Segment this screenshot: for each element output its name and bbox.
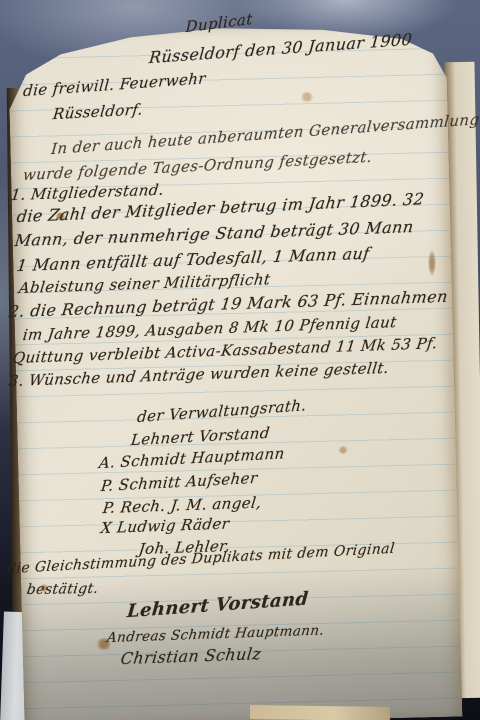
closing-line-2: bestätigt. [26,581,100,598]
book-cover-edge [250,705,390,720]
photo-of-manuscript: Duplicat Rüsseldorf den 30 Januar 1900 d… [0,0,480,720]
